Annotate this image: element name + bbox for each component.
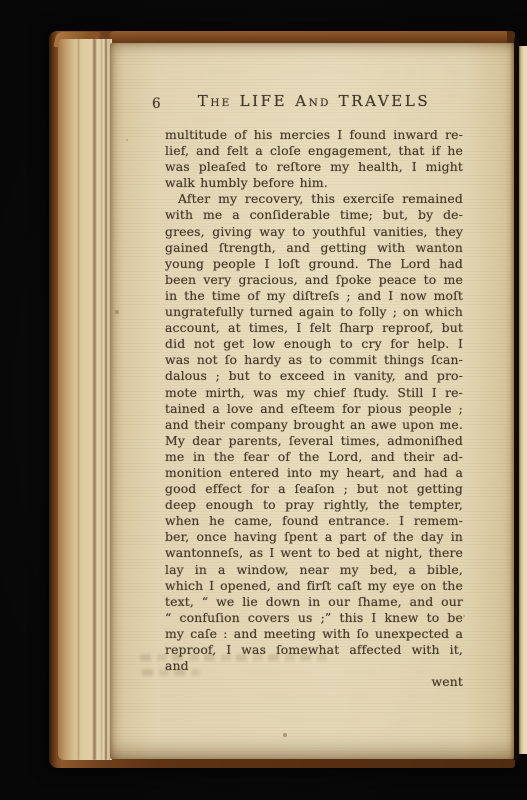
- book-page: 6 THELIFEANDTRAVELS multitude of his mer…: [110, 43, 514, 759]
- title-segment: ND: [309, 97, 331, 109]
- text-line: my caſe : and meeting with ſo unexpected…: [165, 626, 463, 642]
- page-stack-edges: [58, 39, 112, 760]
- text-line: My dear parents, ſeveral times, admoniſh…: [165, 433, 463, 449]
- text-line: gained ſtrength, and getting with wanton: [165, 240, 463, 256]
- text-line: been very gracious, and ſpoke peace to m…: [165, 272, 463, 288]
- catchword: went: [165, 674, 463, 690]
- text-line: lay in a window, near my bed, a bible,: [165, 562, 463, 578]
- running-title: THELIFEANDTRAVELS: [165, 93, 463, 111]
- title-segment: LIFE: [240, 92, 288, 110]
- text-line: in the time of my diſtreſs ; and I now m…: [165, 288, 463, 304]
- adjacent-page-edge: [519, 46, 527, 754]
- photo-backdrop: 6 THELIFEANDTRAVELS multitude of his mer…: [0, 0, 527, 800]
- text-line: multitude of his mercies I found inward …: [165, 127, 463, 143]
- text-line: young people I loſt ground. The Lord had: [165, 256, 463, 272]
- title-segment: TRAVELS: [339, 92, 431, 110]
- page-edge-line: [105, 39, 107, 760]
- text-line: walk humbly before him.: [165, 175, 463, 191]
- page-header: 6 THELIFEANDTRAVELS: [165, 93, 463, 113]
- text-line: mote mirth, was my chief ſtudy. Still I …: [165, 385, 463, 401]
- text-line: did not get low enough to cry for help. …: [165, 336, 463, 352]
- paper-specks: [110, 43, 112, 45]
- text-line: account, at times, I felt ſharp reproof,…: [165, 320, 463, 336]
- text-line: text, “ we lie down in our ſhame, and ou…: [165, 594, 463, 610]
- text-line: which I opened, and firſt caſt my eye on…: [165, 578, 463, 594]
- text-line: ungratefully turned again to folly ; on …: [165, 304, 463, 320]
- page-edge-line: [101, 39, 102, 760]
- title-segment: T: [198, 92, 211, 110]
- text-line: was pleaſed to reſtore my health, I migh…: [165, 159, 463, 175]
- page-edge-line: [78, 39, 79, 760]
- text-line: wantonneſs, as I went to bed at night, t…: [165, 545, 463, 561]
- text-line: with me a conſiderable time; but, by de-: [165, 207, 463, 223]
- text-line: good effect for a ſeaſon ; but not getti…: [165, 481, 463, 497]
- body-text: multitude of his mercies I found inward …: [165, 127, 463, 674]
- show-through-text: [140, 654, 332, 661]
- text-line: and their company brought an awe upon me…: [165, 417, 463, 433]
- title-segment: A: [295, 92, 308, 110]
- page-text: 6 THELIFEANDTRAVELS multitude of his mer…: [165, 93, 463, 690]
- title-segment: HE: [210, 97, 231, 109]
- text-line: when he came, found entrance. I remem-: [165, 513, 463, 529]
- text-line: ber, once having ſpent a part of the day…: [165, 529, 463, 545]
- text-line: monition entered into my heart, and had …: [165, 465, 463, 481]
- text-line: was not ſo hardy as to commit things ſca…: [165, 352, 463, 368]
- text-line: “ confuſion covers us ;” this I knew to …: [165, 610, 463, 626]
- page-edge-line: [93, 39, 96, 760]
- text-line: After my recovery, this exerciſe remaine…: [165, 191, 463, 207]
- text-line: me in the fear of the Lord, and their ad…: [165, 449, 463, 465]
- page-number: 6: [152, 96, 161, 112]
- text-line: lief, and felt a cloſe engagement, that …: [165, 143, 463, 159]
- text-line: tained a love and eſteem for pious peopl…: [165, 401, 463, 417]
- show-through-text: [142, 669, 200, 676]
- cover-top-edge: [109, 31, 507, 43]
- text-line: dalous ; but to exceed in vanity, and pr…: [165, 368, 463, 384]
- text-line: grees, giving way to youthful vanities, …: [165, 224, 463, 240]
- text-line: deep enough to pray rightly, the tempter…: [165, 497, 463, 513]
